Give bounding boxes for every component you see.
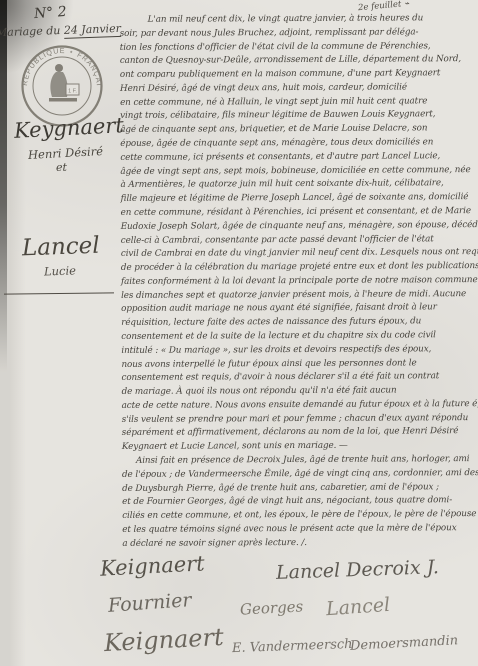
act-body-line: et les quatre témoins signé avec nous le…: [122, 522, 475, 538]
act-body-line: intitulé : « Du mariage », sur les droit…: [121, 343, 474, 359]
margin-conjunction: et: [56, 161, 67, 174]
margin-groom-firstnames: Henri Désiré: [28, 144, 104, 162]
scan-left-edge: [0, 0, 7, 372]
signature-witness-fournier: Fournier: [107, 589, 192, 617]
act-title: Mariage du 24 Janvier: [0, 22, 122, 39]
margin-divider-line: [4, 292, 114, 294]
stamp-value: 1 F.: [68, 89, 77, 95]
margin-groom-surname: Keygnaert: [13, 113, 124, 143]
act-body-line: de l'époux ; de Vandermeersche Émile, âg…: [122, 467, 475, 483]
act-body-line: cette commune, ici présents et consentan…: [120, 150, 473, 166]
signature-father-keignaert: Keignaert: [103, 623, 224, 657]
signature-witness-demoersmandin: Demoersmandin: [350, 633, 459, 654]
margin-bride-firstname: Lucie: [44, 263, 76, 278]
act-body-line: en cette commune, résidant à Pérenchies,…: [121, 205, 474, 221]
act-body-line: faites conformément à la loi devant la p…: [121, 274, 474, 290]
act-body-text: L'an mil neuf cent dix, le vingt quatre …: [120, 12, 476, 551]
signature-bride-and-witness-decroix: Lancel Decroix J.: [276, 556, 440, 584]
signature-father-lancel: Lancel: [325, 594, 391, 620]
act-number: N° 2: [33, 4, 67, 22]
signature-groom: Keignaert: [99, 551, 205, 580]
act-body-line: consentement est requis, d'avoir à nous …: [121, 370, 474, 386]
annotation-second-sheet: 2e feuillet ⌁: [358, 0, 410, 13]
act-body-line: opposition audit mariage ne nous ayant é…: [121, 301, 474, 317]
signature-witness-vandermeersch: E. Vandermeersch: [232, 637, 353, 656]
scanned-marriage-act-page: 2e feuillet ⌁ N° 2 Mariage du 24 Janvier…: [0, 0, 478, 666]
act-title-date: 24 Janvier: [64, 22, 122, 39]
act-body-line: acte de cette nature. Nous avons ensuite…: [122, 398, 475, 414]
act-body-line: ont comparu publiquement en la maison co…: [120, 67, 473, 83]
act-body-line: L'an mil neuf cent dix, le vingt quatre …: [120, 12, 473, 28]
act-body-line: a déclaré ne savoir signer après lecture…: [122, 536, 475, 552]
act-body-line: Eudoxie Joseph Solart, âgée de cinquante…: [121, 219, 474, 235]
signature-witness-georges: Georges: [240, 597, 304, 618]
act-body-line: séparément et affirmativement, déclarons…: [122, 426, 475, 442]
margin-bride-surname: Lancel: [22, 233, 101, 262]
seated-figure-icon: [49, 64, 79, 102]
act-title-prefix: Mariage du: [0, 24, 64, 39]
act-body-line: consentement et de la suite de la lectur…: [121, 329, 474, 345]
